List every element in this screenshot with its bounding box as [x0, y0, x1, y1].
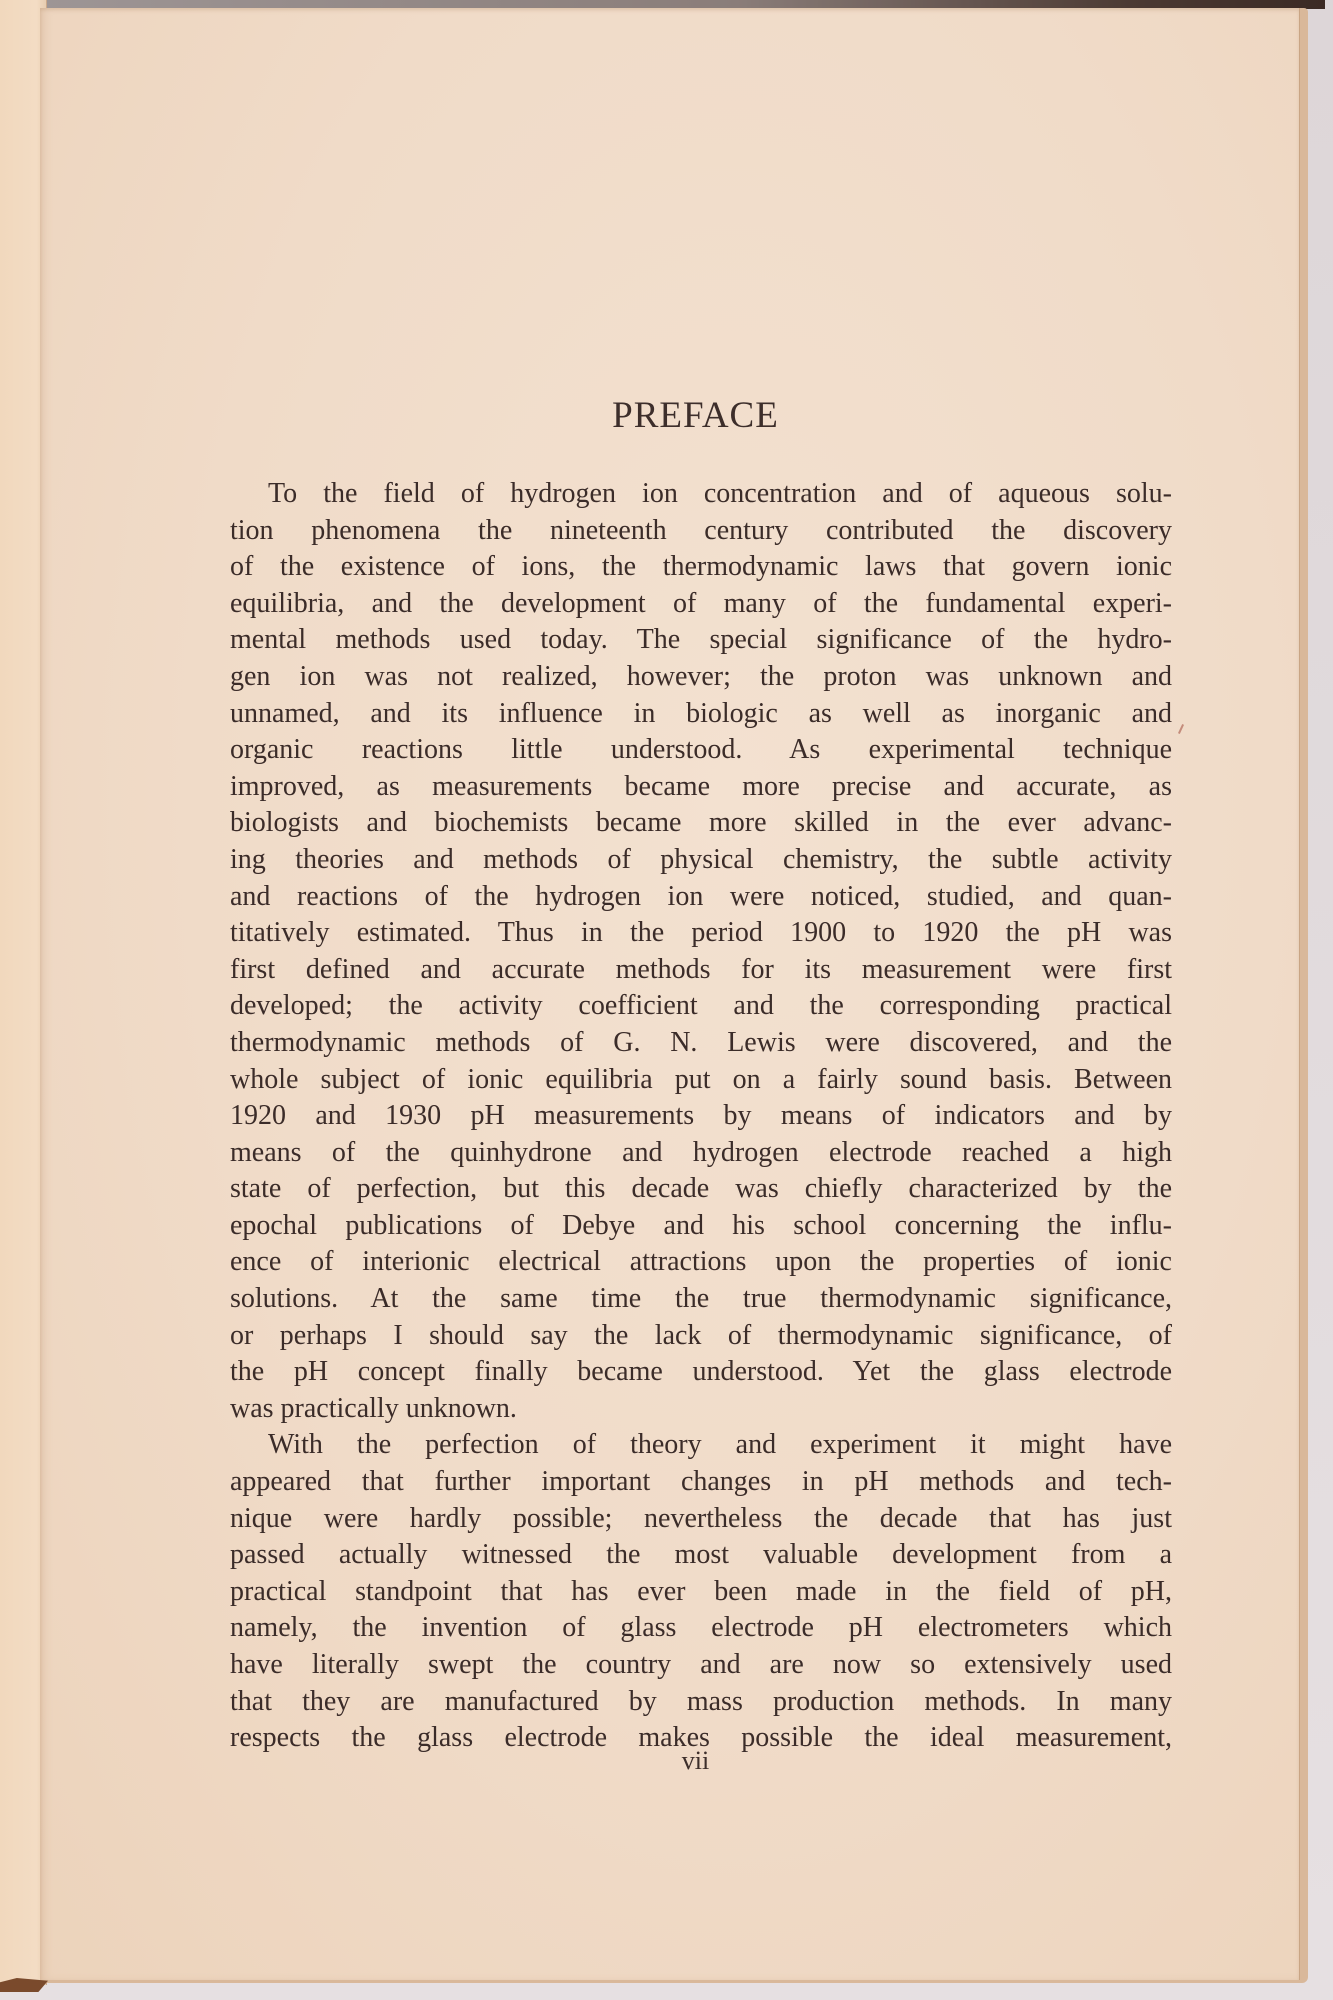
text-line: of the existence of ions, the thermodyna…: [230, 549, 1172, 586]
book-photo: PREFACE To the field of hydrogen ion con…: [0, 0, 1333, 2000]
paragraph-1: To the field of hydrogen ion concentrati…: [230, 476, 1172, 1427]
text-line: state of perfection, but this decade was…: [230, 1171, 1172, 1208]
page-title: PREFACE: [40, 394, 1333, 437]
text-line: means of the quinhydrone and hydrogen el…: [230, 1135, 1172, 1172]
paragraph-2: With the perfection of theory and experi…: [230, 1427, 1172, 1756]
text-line: biologists and biochemists became more s…: [230, 805, 1172, 842]
text-line: ence of interionic electrical attraction…: [230, 1244, 1172, 1281]
text-line: With the perfection of theory and experi…: [230, 1427, 1172, 1464]
text-line: and reactions of the hydrogen ion were n…: [230, 879, 1172, 916]
text-line: ing theories and methods of physical che…: [230, 842, 1172, 879]
text-line: solutions. At the same time the true the…: [230, 1281, 1172, 1318]
text-line: the pH concept finally became understood…: [230, 1354, 1172, 1391]
text-line: practical standpoint that has ever been …: [230, 1574, 1172, 1611]
preface-body: To the field of hydrogen ion concentrati…: [230, 476, 1172, 1757]
text-line: unnamed, and its influence in biologic a…: [230, 696, 1172, 733]
text-line: developed; the activity coefficient and …: [230, 988, 1172, 1025]
text-line: was practically unknown.: [230, 1391, 1172, 1428]
text-line: appeared that further important changes …: [230, 1464, 1172, 1501]
text-line: organic reactions little understood. As …: [230, 732, 1172, 769]
text-line: namely, the invention of glass electrode…: [230, 1610, 1172, 1647]
text-line: thermodynamic methods of G. N. Lewis wer…: [230, 1025, 1172, 1062]
text-line: have literally swept the country and are…: [230, 1647, 1172, 1684]
text-line: improved, as measurements became more pr…: [230, 769, 1172, 806]
text-line: first defined and accurate methods for i…: [230, 952, 1172, 989]
text-line: gen ion was not realized, however; the p…: [230, 659, 1172, 696]
text-line: titatively estimated. Thus in the period…: [230, 915, 1172, 952]
text-line: nique were hardly possible; nevertheless…: [230, 1501, 1172, 1538]
text-line: whole subject of ionic equilibria put on…: [230, 1062, 1172, 1099]
text-line: To the field of hydrogen ion concentrati…: [230, 476, 1172, 513]
text-line: tion phenomena the nineteenth century co…: [230, 513, 1172, 550]
text-line: or perhaps I should say the lack of ther…: [230, 1318, 1172, 1355]
text-line: equilibria, and the development of many …: [230, 586, 1172, 623]
pencil-mark: [1178, 724, 1184, 734]
text-line: passed actually witnessed the most valua…: [230, 1537, 1172, 1574]
text-line: mental methods used today. The special s…: [230, 622, 1172, 659]
book-page: PREFACE To the field of hydrogen ion con…: [40, 8, 1300, 1980]
text-line: epochal publications of Debye and his sc…: [230, 1208, 1172, 1245]
text-line: that they are manufactured by mass produ…: [230, 1684, 1172, 1721]
text-line: 1920 and 1930 pH measurements by means o…: [230, 1098, 1172, 1135]
page-number: vii: [40, 1746, 1333, 1776]
